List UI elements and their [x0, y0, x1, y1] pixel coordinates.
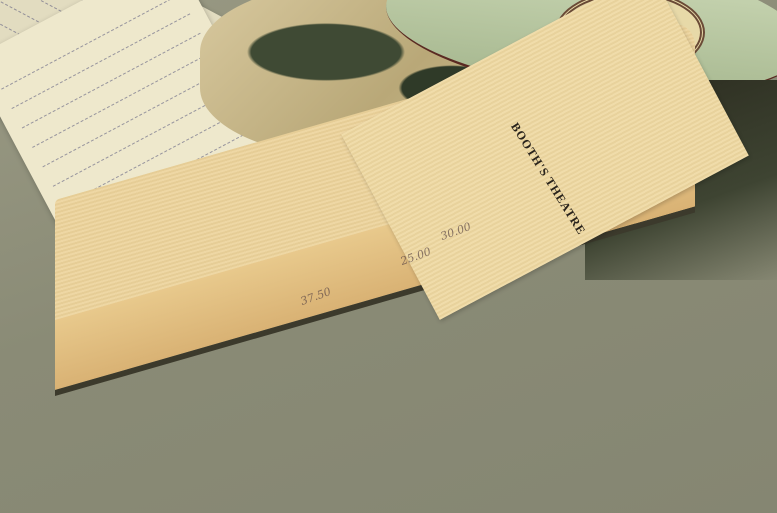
photo-scene: BOOTH'S THEATRE 37.50 25.00 30.00	[0, 0, 777, 513]
